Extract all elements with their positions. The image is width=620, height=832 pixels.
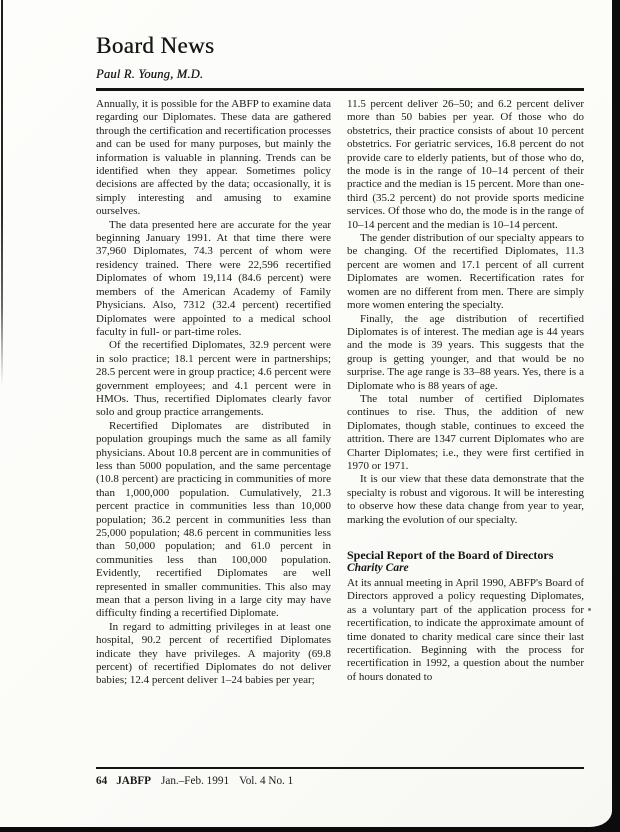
body-paragraph: At its annual meeting in April 1990, ABF… [347, 577, 584, 684]
body-paragraph: Of the recertified Diplomates, 32.9 perc… [96, 339, 331, 419]
journal-abbreviation: JABFP [116, 775, 151, 787]
article-title: Board News [96, 33, 214, 59]
body-paragraph: Finally, the age distribution of recerti… [347, 313, 584, 393]
section-heading: Special Report of the Board of Directors [347, 548, 584, 562]
subsection-heading: Charity Care [347, 562, 584, 575]
footer-rule [96, 767, 584, 769]
body-paragraph: In regard to admitting privileges in at … [96, 621, 331, 688]
scan-artifact-speck [588, 608, 591, 611]
document-page: Board News Paul R. Young, M.D. Annually,… [0, 0, 612, 827]
issue-date: Jan.–Feb. 1991 [161, 775, 229, 787]
page-footer: 64JABFPJan.–Feb. 1991Vol. 4 No. 1 [96, 775, 293, 787]
body-paragraph: It is our view that these data demonstra… [347, 473, 584, 527]
body-paragraph: 11.5 percent deliver 26–50; and 6.2 perc… [347, 98, 584, 232]
volume-number: Vol. 4 No. 1 [239, 775, 293, 787]
body-paragraph: Annually, it is possible for the ABFP to… [96, 98, 331, 219]
body-paragraph: Recertified Diplomates are distributed i… [96, 420, 331, 621]
scan-artifact-left-edge [1, 0, 3, 385]
body-paragraph: The total number of certified Diplomates… [347, 393, 584, 473]
header-rule [96, 88, 584, 91]
left-column: Annually, it is possible for the ABFP to… [96, 98, 331, 688]
scanned-page-background: Board News Paul R. Young, M.D. Annually,… [0, 0, 620, 832]
body-paragraph: The gender distribution of our specialty… [347, 232, 584, 312]
page-number: 64 [96, 775, 107, 787]
body-paragraph: The data presented here are accurate for… [96, 219, 331, 340]
right-column: 11.5 percent deliver 26–50; and 6.2 perc… [347, 98, 584, 684]
article-author: Paul R. Young, M.D. [96, 67, 203, 82]
